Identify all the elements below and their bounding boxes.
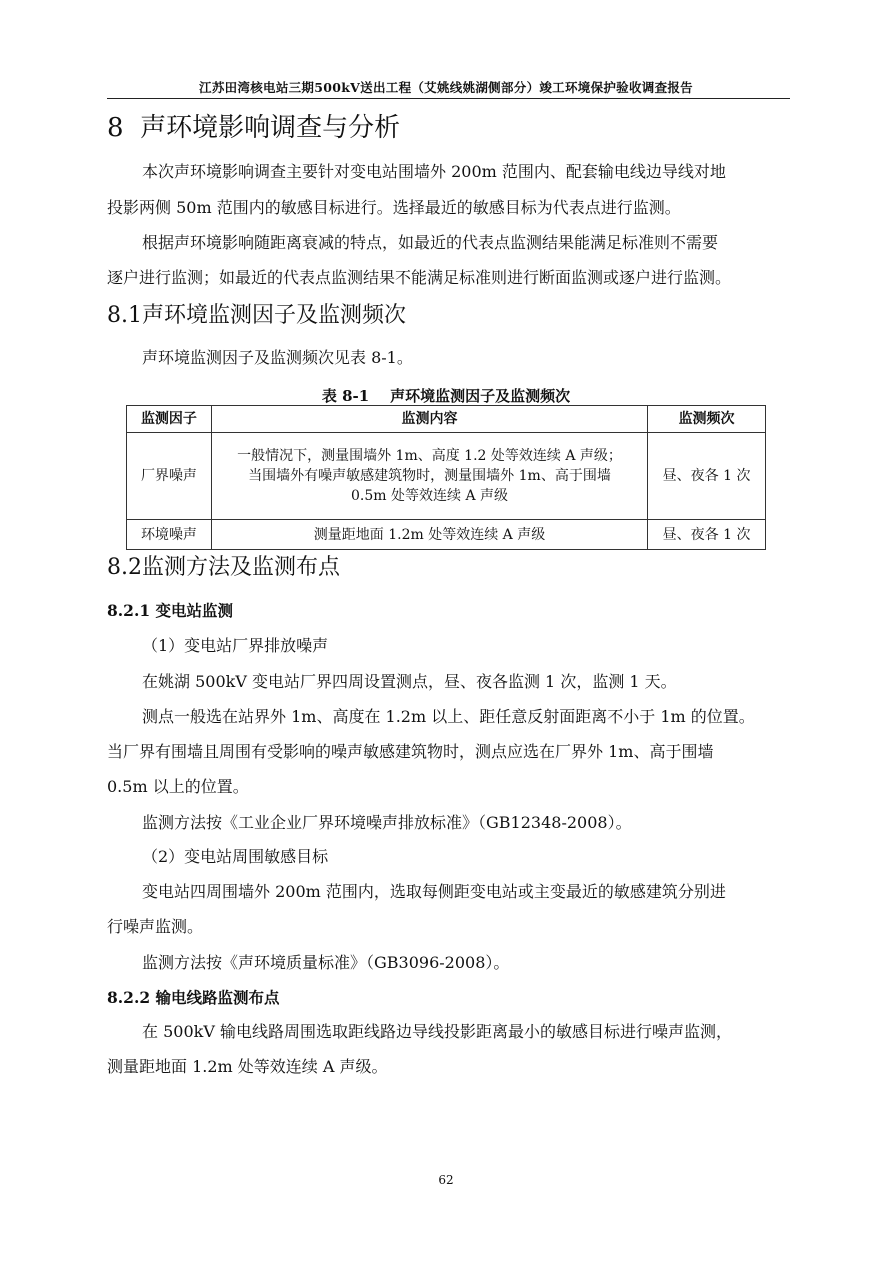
item-title: （1）变电站厂界排放噪声 [142, 636, 328, 656]
table-cell: 昼、夜各 1 次 [648, 520, 766, 550]
section-title-8-2: 8.2监测方法及监测布点 [107, 554, 340, 582]
table-row: 厂界噪声 一般情况下，测量围墙外 1m、高度 1.2 处等效连续 A 声级； 当… [127, 433, 766, 520]
subsection-title-8-2-1: 8.2.1 变电站监测 [107, 601, 233, 621]
table-header: 监测内容 [211, 406, 647, 433]
paragraph: 投影两侧 50m 范围内的敏感目标进行。选择最近的敏感目标为代表点进行监测。 [107, 198, 681, 218]
cell-line: 当围墙外有噪声敏感建筑物时，测量围墙外 1m、高于围墙 [216, 466, 643, 486]
paragraph: 声环境监测因子及监测频次见表 8-1。 [142, 348, 413, 368]
table-row: 环境噪声 测量距地面 1.2m 处等效连续 A 声级 昼、夜各 1 次 [127, 520, 766, 550]
paragraph: 在姚湖 500kV 变电站厂界四周设置测点，昼、夜各监测 1 次，监测 1 天。 [142, 672, 677, 692]
table-cell: 厂界噪声 [127, 433, 212, 520]
item-title: （2）变电站周围敏感目标 [142, 847, 328, 867]
page-number: 62 [0, 1173, 892, 1187]
paragraph: 逐户进行监测；如最近的代表点监测结果不能满足标准则进行断面监测或逐户进行监测。 [107, 268, 731, 288]
paragraph: 当厂界有围墙且周围有受影响的噪声敏感建筑物时，测点应选在厂界外 1m、高于围墙 [107, 742, 713, 762]
paragraph: 行噪声监测。 [107, 917, 203, 937]
table-cell: 昼、夜各 1 次 [648, 433, 766, 520]
paragraph: 测点一般选在站界外 1m、高度在 1.2m 以上、距任意反射面距离不小于 1m … [142, 707, 755, 727]
subsection-title-8-2-2: 8.2.2 输电线路监测布点 [107, 988, 280, 1008]
table-cell: 测量距地面 1.2m 处等效连续 A 声级 [211, 520, 647, 550]
chapter-title: 8 声环境影响调查与分析 [107, 112, 400, 144]
table-header: 监测频次 [648, 406, 766, 433]
table-cell: 一般情况下，测量围墙外 1m、高度 1.2 处等效连续 A 声级； 当围墙外有噪… [211, 433, 647, 520]
table-cell: 环境噪声 [127, 520, 212, 550]
cell-line: 0.5m 处等效连续 A 声级 [216, 486, 643, 506]
paragraph: 在 500kV 输电线路周围选取距线路边导线投影距离最小的敏感目标进行噪声监测， [142, 1022, 732, 1042]
paragraph: 0.5m 以上的位置。 [107, 777, 249, 797]
cell-line: 一般情况下，测量围墙外 1m、高度 1.2 处等效连续 A 声级； [216, 446, 643, 466]
table-caption: 表 8-1 声环境监测因子及监测频次 [0, 385, 892, 406]
section-title-8-1: 8.1声环境监测因子及监测频次 [107, 302, 406, 330]
header-rule [107, 98, 790, 99]
running-header: 江苏田湾核电站三期500kV送出工程（艾姚线姚湖侧部分）竣工环境保护验收调查报告 [0, 78, 892, 96]
paragraph: 监测方法按《工业企业厂界环境噪声排放标准》（GB12348-2008）。 [142, 813, 632, 833]
paragraph: 测量距地面 1.2m 处等效连续 A 声级。 [107, 1057, 388, 1077]
table-header-row: 监测因子 监测内容 监测频次 [127, 406, 766, 433]
monitoring-table: 监测因子 监测内容 监测频次 厂界噪声 一般情况下，测量围墙外 1m、高度 1.… [126, 405, 766, 550]
paragraph: 监测方法按《声环境质量标准》（GB3096-2008）。 [142, 953, 509, 973]
paragraph: 本次声环境影响调查主要针对变电站围墙外 200m 范围内、配套输电线边导线对地 [142, 162, 726, 182]
table-header: 监测因子 [127, 406, 212, 433]
paragraph: 根据声环境影响随距离衰减的特点，如最近的代表点监测结果能满足标准则不需要 [142, 233, 718, 253]
paragraph: 变电站四周围墙外 200m 范围内，选取每侧距变电站或主变最近的敏感建筑分别进 [142, 882, 726, 902]
